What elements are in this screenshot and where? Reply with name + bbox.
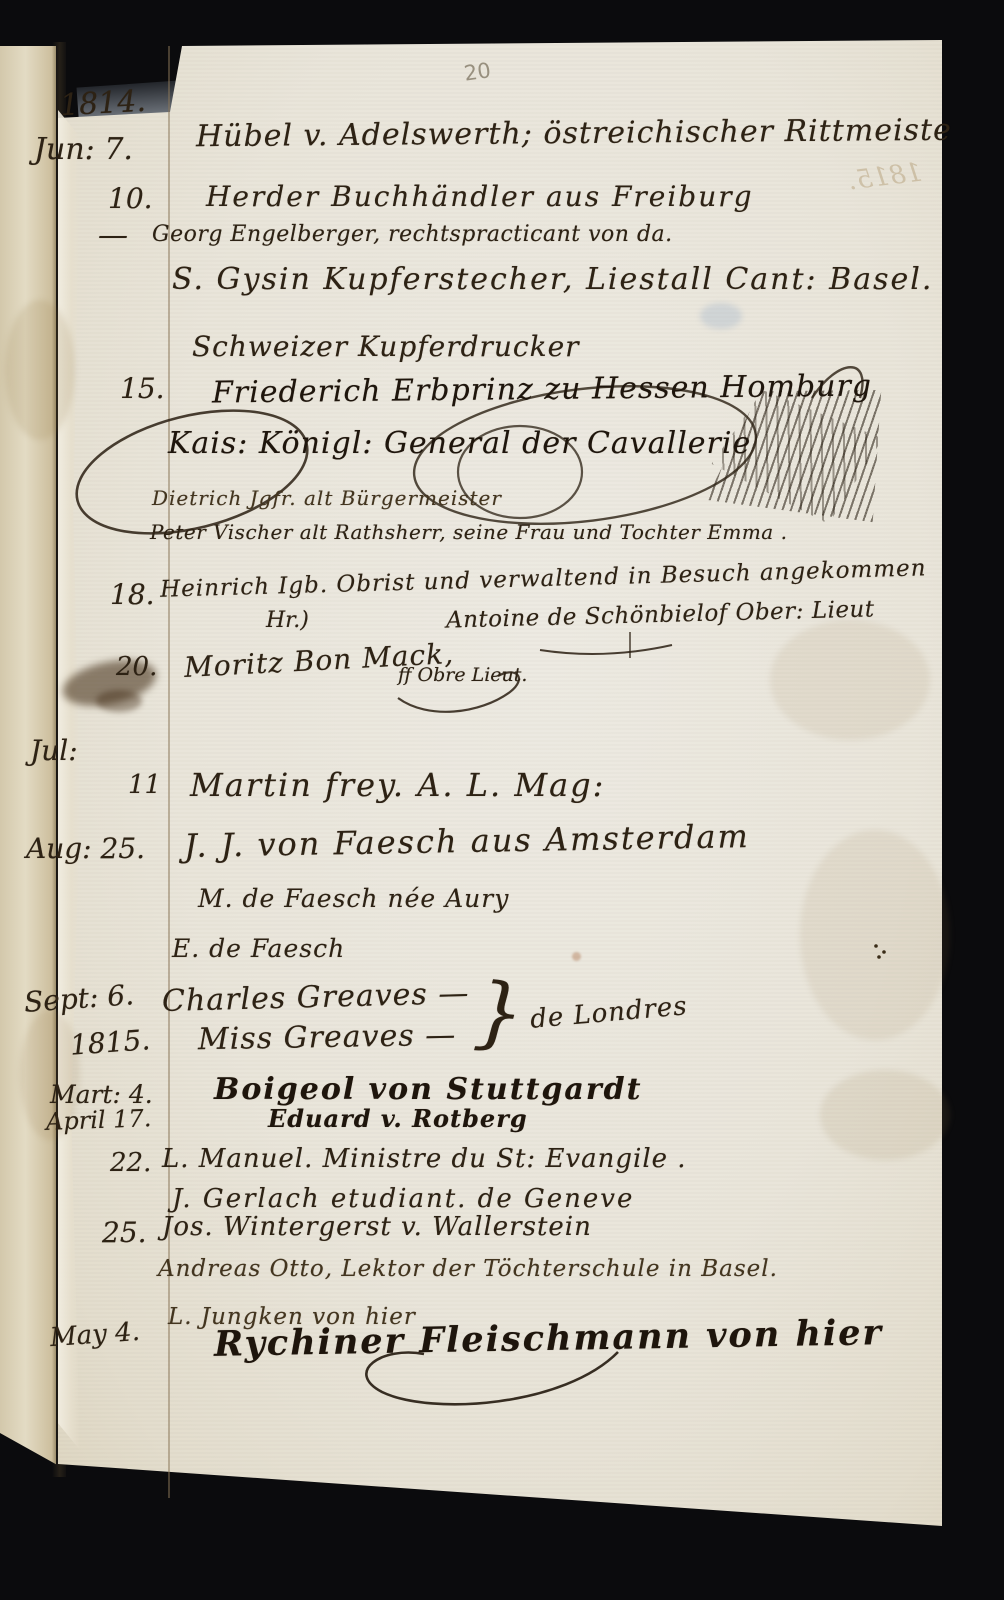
margin-year-1815: 1815. [69,1023,151,1062]
margin-month-jul: Jul: [30,734,78,767]
entry-erbprinz: Friederich Erbprinz zu Hessen Homburg [212,369,872,411]
entry-martin: Martin frey. A. L. Mag: [190,766,605,804]
entry-gerlach: J. Gerlach etudiant. de Geneve [172,1184,634,1214]
entry-faesch-e: E. de Faesch [172,934,345,963]
entry-wintergerst: Jos. Wintergerst v. Wallerstein [162,1212,592,1242]
margin-date-15: 15. [120,372,165,405]
entry-burgermeister: Dietrich Jgfr. alt Bürgermeister [152,486,502,510]
margin-date-22: 22. [110,1148,151,1178]
entry-schweizer: Schweizer Kupferdrucker [192,330,580,363]
margin-date-jun7: Jun: 7. [34,132,133,167]
entry-rotberg: Eduard v. Rotberg [268,1104,528,1133]
entry-manuel: L. Manuel. Ministre du St: Evangile . [162,1144,687,1174]
margin-date-10: 10. [108,182,153,215]
entry-herder: Herder Buchhändler aus Freiburg [206,180,754,213]
margin-date-april17: April 17. [46,1104,152,1136]
entry-vischer: Peter Vischer alt Rathsherr, seine Frau … [150,520,787,544]
entry-hr: Hr.) [266,608,309,633]
entry-gysin: S. Gysin Kupferstecher, Liestall Cant: B… [172,262,933,297]
margin-year-1814: 1814. [59,84,147,123]
entry-general: Kais: Königl: General der Cavallerie [168,426,751,461]
margin-date-25: 25. [102,1216,147,1249]
entry-boigeol: Boigeol von Stuttgardt [214,1072,642,1107]
entry-hubel: Hübel v. Adelswerth; östreichischer Ritt… [196,113,952,155]
entry-mack-rank: ff Obre Lieut. [398,664,527,686]
margin-date-may4: May 4. [49,1317,141,1353]
margin-date-11: 11 [128,770,161,800]
margin-dash: — [98,218,128,253]
greaves-brace: } [471,966,527,1059]
entry-greaves-miss: Miss Greaves — [198,1018,457,1058]
margin-date-aug25: Aug: 25. [26,832,145,865]
entry-otto: Andreas Otto, Lektor der Töchterschule i… [158,1256,778,1282]
margin-date-20: 20. [116,652,157,682]
photographed-register-page: 20 1815. 1814. Jun: 7. 10. — 15. 18. 20.… [0,0,1004,1600]
entry-engelberger: Georg Engelberger, rechtspracticant von … [152,222,673,247]
entry-faesch-m: M. de Faesch née Aury [198,884,509,913]
margin-date-18: 18. [110,578,155,611]
